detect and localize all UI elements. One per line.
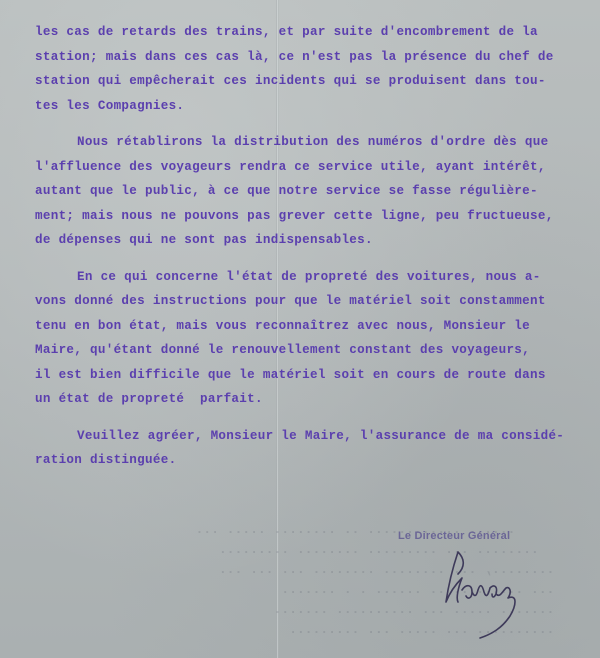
- text-line: En ce qui concerne l'état de propreté de…: [35, 265, 575, 290]
- paragraph-closing: Veuillez agréer, Monsieur le Maire, l'as…: [35, 424, 575, 473]
- text-line: de dépenses qui ne sont pas indispensabl…: [35, 228, 575, 253]
- text-line: tes les Compagnies.: [35, 94, 575, 119]
- text-line: il est bien difficile que le matériel so…: [35, 363, 575, 388]
- paragraph-1: les cas de retards des trains, et par su…: [35, 20, 575, 118]
- text-line: ment; mais nous ne pouvons pas grever ce…: [35, 204, 575, 229]
- text-line: un état de propreté parfait.: [35, 387, 575, 412]
- text-line: autant que le public, à ce que notre ser…: [35, 179, 575, 204]
- paragraph-3: En ce qui concerne l'état de propreté de…: [35, 265, 575, 412]
- text-line: ration distinguée.: [35, 448, 575, 473]
- text-line: les cas de retards des trains, et par su…: [35, 20, 575, 45]
- text-line: vons donné des instructions pour que le …: [35, 289, 575, 314]
- handwritten-signature: [436, 540, 546, 640]
- text-line: station; mais dans ces cas là, ce n'est …: [35, 45, 575, 70]
- text-line: Nous rétablirons la distribution des num…: [35, 130, 575, 155]
- text-line: l'affluence des voyageurs rendra ce serv…: [35, 155, 575, 180]
- text-line: station qui empêcherait ces incidents qu…: [35, 69, 575, 94]
- text-line: tenu en bon état, mais vous reconnaîtrez…: [35, 314, 575, 339]
- text-line: Maire, qu'étant donné le renouvellement …: [35, 338, 575, 363]
- text-line: Veuillez agréer, Monsieur le Maire, l'as…: [35, 424, 575, 449]
- paragraph-2: Nous rétablirons la distribution des num…: [35, 130, 575, 253]
- letter-body: les cas de retards des trains, et par su…: [35, 20, 575, 473]
- signature-block: Le Directeur Général: [398, 530, 510, 542]
